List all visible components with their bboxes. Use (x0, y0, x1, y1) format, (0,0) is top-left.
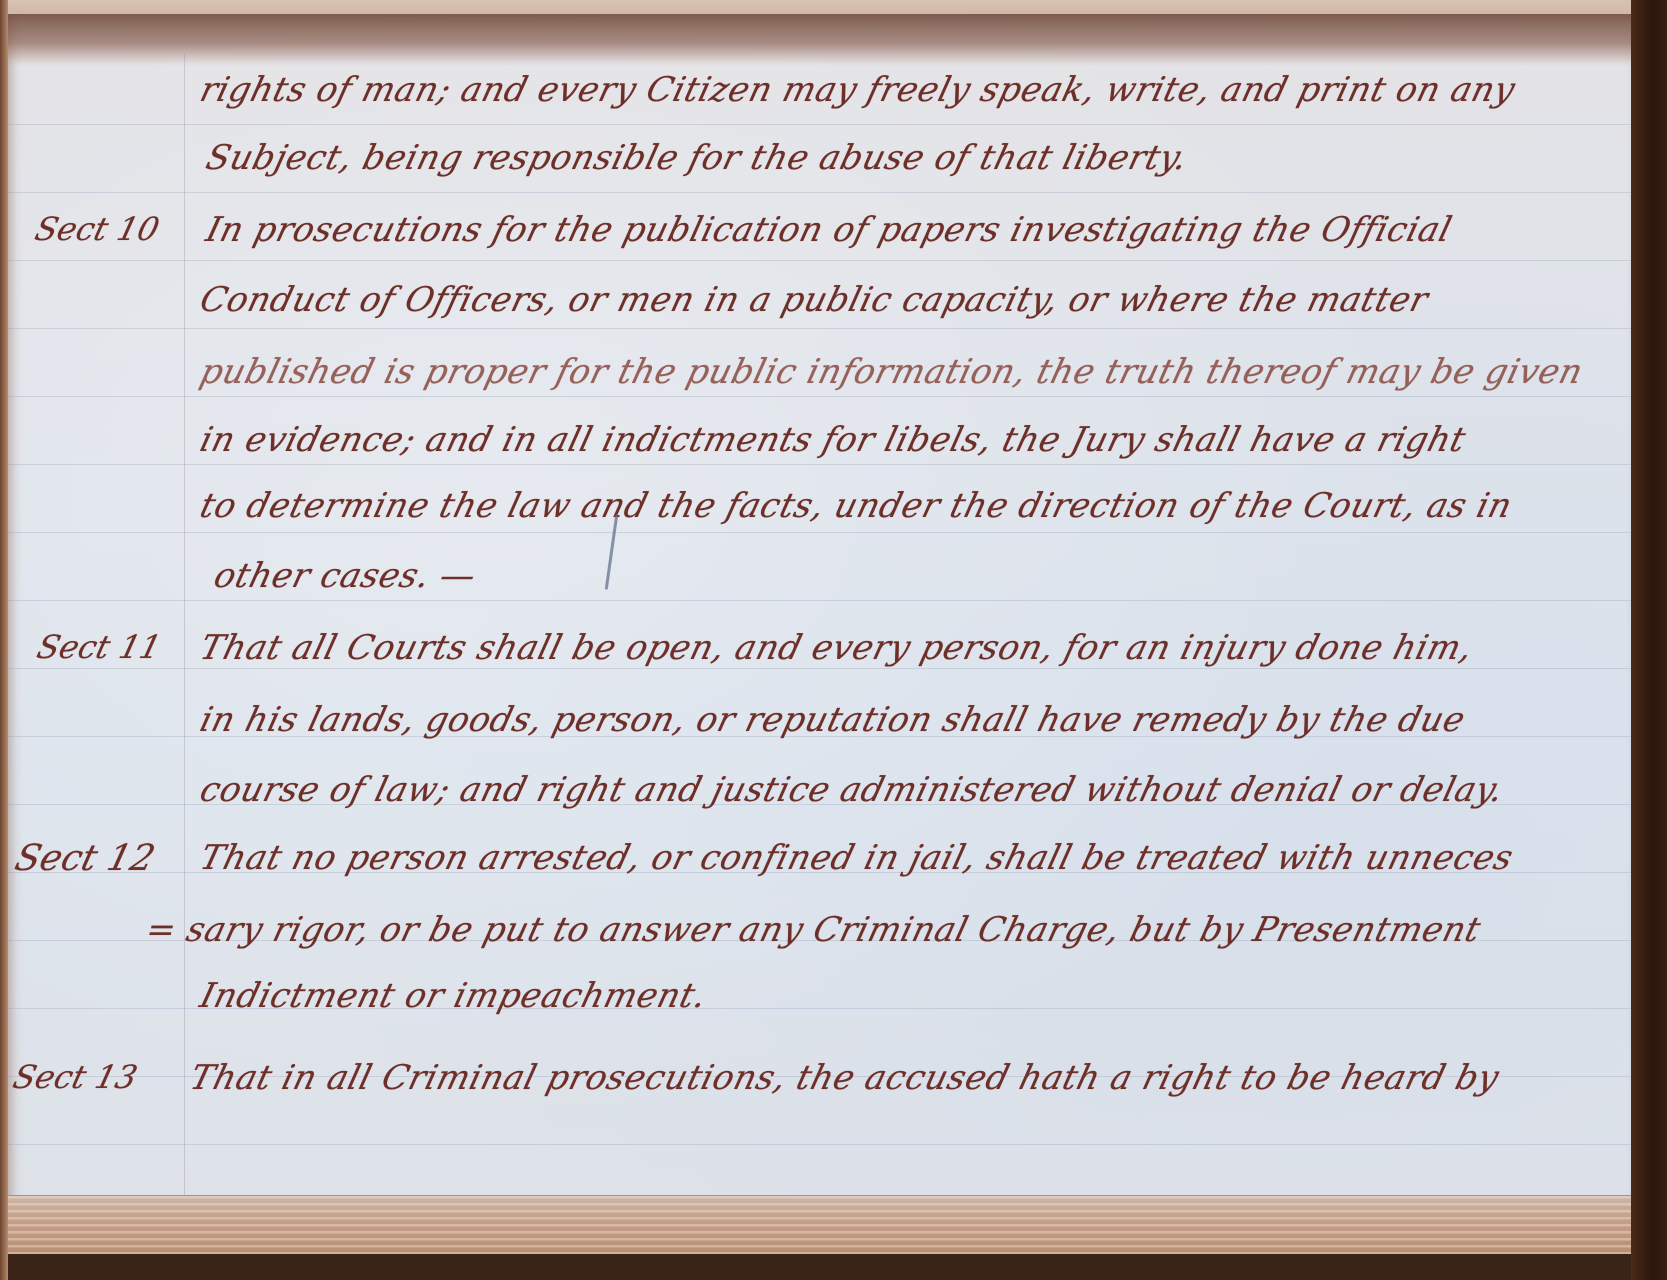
manuscript-page: rights of man; and every Citizen may fre… (6, 14, 1631, 1254)
section-label: Sect 12 (11, 838, 159, 879)
ruled-line (6, 668, 1631, 669)
text-line: In prosecutions for the publication of p… (202, 210, 1456, 250)
text-line: That no person arrested, or confined in … (196, 838, 1517, 878)
margin-line (184, 54, 185, 1204)
page-bottom-edges (6, 1195, 1631, 1254)
manuscript-photo: rights of man; and every Citizen may fre… (0, 0, 1667, 1280)
book-right-binding (1631, 0, 1667, 1280)
ruled-line (6, 328, 1631, 329)
text-line: course of law; and right and justice adm… (196, 770, 1508, 810)
ruled-line (6, 260, 1631, 261)
text-line: other cases. — (210, 556, 480, 596)
page-top-shadow (6, 14, 1631, 66)
text-line: That in all Criminal prosecutions, the a… (186, 1058, 1503, 1098)
text-line: to determine the law and the facts, unde… (196, 486, 1516, 526)
text-line: Conduct of Officers, or men in a public … (196, 280, 1432, 320)
ruled-line (6, 464, 1631, 465)
book-left-edge (0, 0, 8, 1280)
text-line: published is proper for the public infor… (196, 352, 1587, 392)
text-line: Indictment or impeachment. (196, 976, 711, 1016)
ruled-line (6, 1144, 1631, 1145)
text-line: = sary rigor, or be put to answer any Cr… (142, 910, 1485, 950)
text-line: in his lands, goods, person, or reputati… (196, 700, 1469, 740)
text-line: Subject, being responsible for the abuse… (202, 138, 1192, 178)
ruled-line (6, 532, 1631, 533)
text-line: That all Courts shall be open, and every… (196, 628, 1477, 668)
text-line: in evidence; and in all indictments for … (196, 420, 1470, 460)
section-label: Sect 11 (33, 628, 165, 666)
ruled-line (6, 124, 1631, 125)
section-label: Sect 13 (9, 1058, 141, 1096)
ruled-line (6, 192, 1631, 193)
ruled-line (6, 600, 1631, 601)
ruled-line (6, 396, 1631, 397)
text-line: rights of man; and every Citizen may fre… (196, 70, 1519, 110)
section-label: Sect 10 (31, 210, 163, 248)
